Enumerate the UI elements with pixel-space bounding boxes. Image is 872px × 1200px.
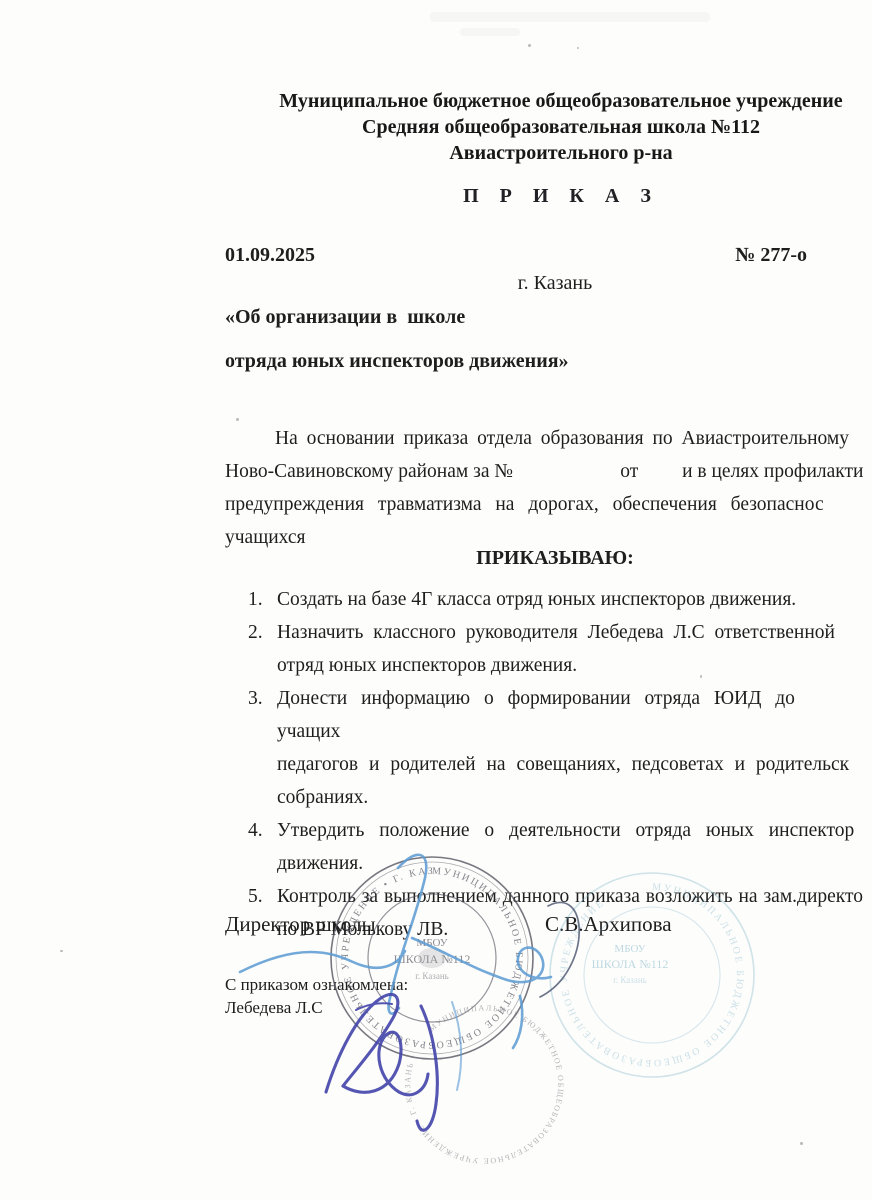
item-number: 2. bbox=[248, 616, 277, 649]
item-text: Создать на базе 4Г класса отряд юных инс… bbox=[277, 583, 872, 616]
item-number: 1. bbox=[248, 583, 277, 616]
organization-name-line2: Средняя общеобразовательная школа №112 bbox=[250, 114, 872, 140]
acknowledgement-signature bbox=[326, 994, 437, 1130]
scan-speck bbox=[800, 1142, 803, 1145]
scan-speck bbox=[577, 47, 579, 49]
scan-bleed-smudge bbox=[460, 28, 520, 36]
item-number: 5. bbox=[248, 880, 277, 913]
order-items-list: 1. Создать на базе 4Г класса отряд юных … bbox=[248, 583, 872, 946]
organization-header: Муниципальное бюджетное общеобразователь… bbox=[250, 88, 872, 166]
item-line: Утвердить положение о деятельности отряд… bbox=[277, 814, 872, 847]
stamp-center-line2: ШКОЛА №112 bbox=[394, 952, 471, 966]
preamble-line: предупреждения травматизма на дорогах, о… bbox=[225, 488, 872, 521]
item-line: Донести информацию о формировании отряда… bbox=[277, 682, 872, 748]
scan-speck bbox=[528, 44, 531, 47]
preamble-line: На основании приказа отдела образования … bbox=[225, 422, 872, 455]
item-line: Создать на базе 4Г класса отряд юных инс… bbox=[277, 583, 872, 616]
order-number: № 277-о bbox=[735, 244, 807, 267]
item-number: 4. bbox=[248, 814, 277, 847]
scan-speck bbox=[60, 950, 63, 952]
item-number: 3. bbox=[248, 682, 277, 715]
item-line: Контроль за выполнением данного приказа … bbox=[277, 880, 872, 913]
date-number-row: 01.09.2025 № 277-о bbox=[225, 244, 807, 267]
preamble-paragraph: На основании приказа отдела образования … bbox=[225, 422, 872, 554]
item-text: Утвердить положение о деятельности отряд… bbox=[277, 814, 872, 880]
scan-bleed-smudge bbox=[430, 12, 710, 22]
secondary-stamp-center-line2: ШКОЛА №112 bbox=[592, 957, 669, 971]
director-role-label: Директор школы bbox=[225, 912, 376, 937]
secondary-stamp-center-line3: г. Казань bbox=[613, 975, 647, 985]
subject-line1: «Об организации в школе bbox=[225, 306, 465, 329]
order-item-3: 3. Донести информацию о формировании отр… bbox=[248, 682, 872, 814]
acknowledged-by-name: Лебедева Л.С bbox=[225, 998, 323, 1018]
order-item-1: 1. Создать на базе 4Г класса отряд юных … bbox=[248, 583, 872, 616]
item-line: отряд юных инспекторов движения. bbox=[277, 649, 872, 682]
acknowledgement-label: С приказом ознакомлена: bbox=[225, 975, 408, 995]
scanned-order-document: Муниципальное бюджетное общеобразователь… bbox=[0, 0, 872, 1200]
subject-line2: отряда юных инспекторов движения» bbox=[225, 350, 569, 373]
stamp-inner-ring-text: МУНИЦИПАЛЬНОЕ БЮДЖЕТНОЕ ОБЩЕОБРАЗОВАТЕЛЬ… bbox=[403, 1003, 565, 1165]
order-item-2: 2. Назначить классного руководителя Лебе… bbox=[248, 616, 872, 682]
resolution-heading: ПРИКАЗЫВАЮ: bbox=[250, 547, 860, 570]
preamble-line: Ново-Савиновскому районам за № от и в це… bbox=[225, 455, 872, 488]
city-line: г. Казань bbox=[225, 272, 872, 295]
item-text: Донести информацию о формировании отряда… bbox=[277, 682, 872, 814]
order-date: 01.09.2025 bbox=[225, 244, 315, 267]
order-item-4: 4. Утвердить положение о деятельности от… bbox=[248, 814, 872, 880]
stamp-center-line3: г. Казань bbox=[415, 971, 449, 981]
director-name: С.В.Архипова bbox=[545, 912, 672, 937]
item-line: педагогов и родителей на совещаниях, пед… bbox=[277, 748, 872, 781]
item-line: собраниях. bbox=[277, 781, 872, 814]
scan-speck bbox=[236, 418, 239, 421]
item-line: движения. bbox=[277, 847, 872, 880]
organization-name-line1: Муниципальное бюджетное общеобразователь… bbox=[250, 88, 872, 114]
item-text: Назначить классного руководителя Лебедев… bbox=[277, 616, 872, 682]
item-line: Назначить классного руководителя Лебедев… bbox=[277, 616, 872, 649]
document-type-title: П Р И К А З bbox=[250, 185, 872, 208]
organization-name-line3: Авиастроительного р-на bbox=[250, 140, 872, 166]
svg-text:МУНИЦИПАЛЬНОЕ БЮДЖЕТНОЕ ОБЩЕОБ: МУНИЦИПАЛЬНОЕ БЮДЖЕТНОЕ ОБЩЕОБРАЗОВАТЕЛЬ… bbox=[403, 1003, 565, 1165]
